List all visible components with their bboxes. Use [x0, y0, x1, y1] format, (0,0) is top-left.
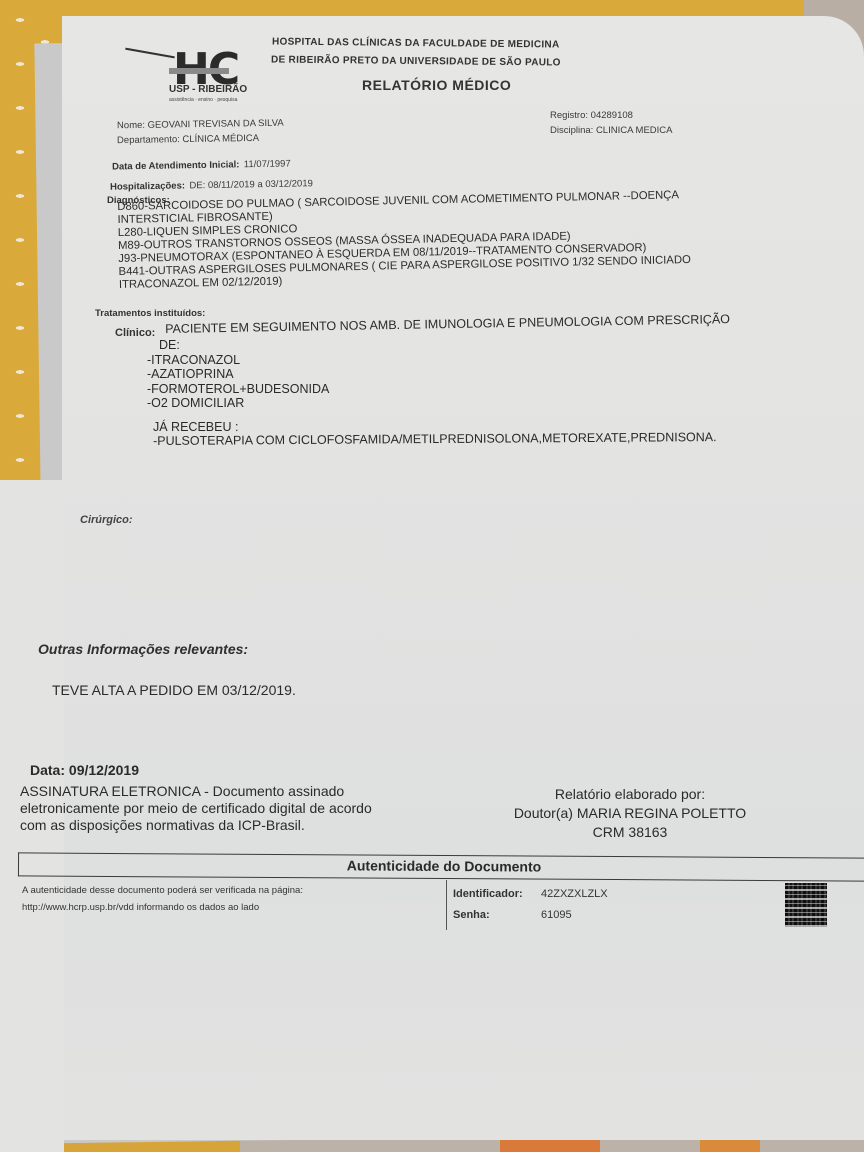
report-date-value: 09/12/2019	[69, 762, 139, 778]
qr-code-icon	[785, 883, 827, 927]
signature-line: com as disposições normativas da ICP-Bra…	[20, 817, 372, 834]
initial-date-value: 11/07/1997	[244, 158, 291, 170]
treatments-label: Tratamentos instituídos:	[95, 308, 205, 319]
electronic-signature-note: ASSINATURA ELETRONICA - Documento assina…	[20, 783, 372, 834]
previous-treatment-label: JÁ RECEBEU :	[153, 420, 238, 435]
logo-bar-icon	[169, 68, 229, 74]
logo-tagline: assistência · ensino · pesquisa	[169, 97, 237, 103]
authenticity-credentials: Identificador:42ZXZXLZLX Senha:61095	[453, 884, 608, 926]
surgical-label: Cirúrgico:	[80, 514, 133, 526]
clinical-line: DE:	[147, 338, 329, 353]
report-date-label: Data:	[30, 762, 65, 778]
registry-row: Registro: 04289108	[550, 110, 633, 121]
identifier-value: 42ZXZXLZLX	[541, 888, 608, 900]
report-author-block: Relatório elaborado por: Doutor(a) MARIA…	[495, 785, 765, 842]
registry-value: 04289108	[591, 110, 633, 121]
author-name: Doutor(a) MARIA REGINA POLETTO	[495, 804, 765, 823]
authenticity-title: Autenticidade do Documento	[19, 855, 864, 876]
diagnoses-list: D860-SARCOIDOSE DO PULMAO ( SARCOIDOSE J…	[117, 183, 691, 292]
password-value: 61095	[541, 909, 572, 921]
registry-label: Registro:	[550, 110, 588, 121]
initial-date-row: Data de Atendimento Inicial: 11/07/1997	[112, 153, 291, 174]
author-label: Relatório elaborado por:	[495, 785, 765, 804]
initial-date-label: Data de Atendimento Inicial:	[112, 159, 240, 172]
author-crm: CRM 38163	[495, 823, 765, 842]
hospitalizations-label: Hospitalizações:	[110, 180, 185, 192]
page-title: RELATÓRIO MÉDICO	[362, 77, 511, 93]
discipline-row: Disciplina: CLINICA MEDICA	[550, 125, 672, 136]
clinical-line: -AZATIOPRINA	[147, 367, 329, 382]
other-info-text: TEVE ALTA A PEDIDO EM 03/12/2019.	[52, 682, 296, 698]
logo-subtitle: USP - RIBEIRÃO	[169, 84, 247, 95]
department-row: Departamento: CLÍNICA MÉDICA	[117, 133, 259, 146]
discipline-value: CLINICA MEDICA	[596, 125, 673, 136]
authenticity-divider	[446, 880, 447, 930]
clinical-list: DE: -ITRACONAZOL -AZATIOPRINA -FORMOTERO…	[147, 338, 329, 411]
hc-logo: HC USP - RIBEIRÃO assistência · ensino ·…	[165, 48, 260, 108]
identifier-label: Identificador:	[453, 884, 541, 905]
authenticity-note: A autenticidade desse documento poderá s…	[22, 882, 303, 916]
clinical-line: -O2 DOMICILIAR	[147, 396, 329, 411]
authenticity-url[interactable]: http://www.hcrp.usp.br/vdd informando os…	[22, 899, 303, 916]
clinical-line: -ITRACONAZOL	[147, 353, 329, 368]
department-value: CLÍNICA MÉDICA	[182, 133, 259, 145]
authenticity-note-line: A autenticidade desse documento poderá s…	[22, 882, 303, 899]
other-info-label: Outras Informações relevantes:	[38, 641, 248, 657]
signature-line: eletronicamente por meio de certificado …	[20, 800, 372, 817]
patient-name-label: Nome:	[117, 120, 145, 131]
department-label: Departamento:	[117, 134, 180, 146]
discipline-label: Disciplina:	[550, 125, 593, 136]
patient-name: GEOVANI TREVISAN DA SILVA	[148, 118, 284, 131]
report-date-row: Data: 09/12/2019	[30, 762, 139, 778]
password-label: Senha:	[453, 905, 541, 926]
hospitalizations-value: DE: 08/11/2019 a 03/12/2019	[189, 178, 313, 191]
signature-line: ASSINATURA ELETRONICA - Documento assina…	[20, 783, 372, 800]
clinical-line: -FORMOTEROL+BUDESONIDA	[147, 382, 329, 397]
